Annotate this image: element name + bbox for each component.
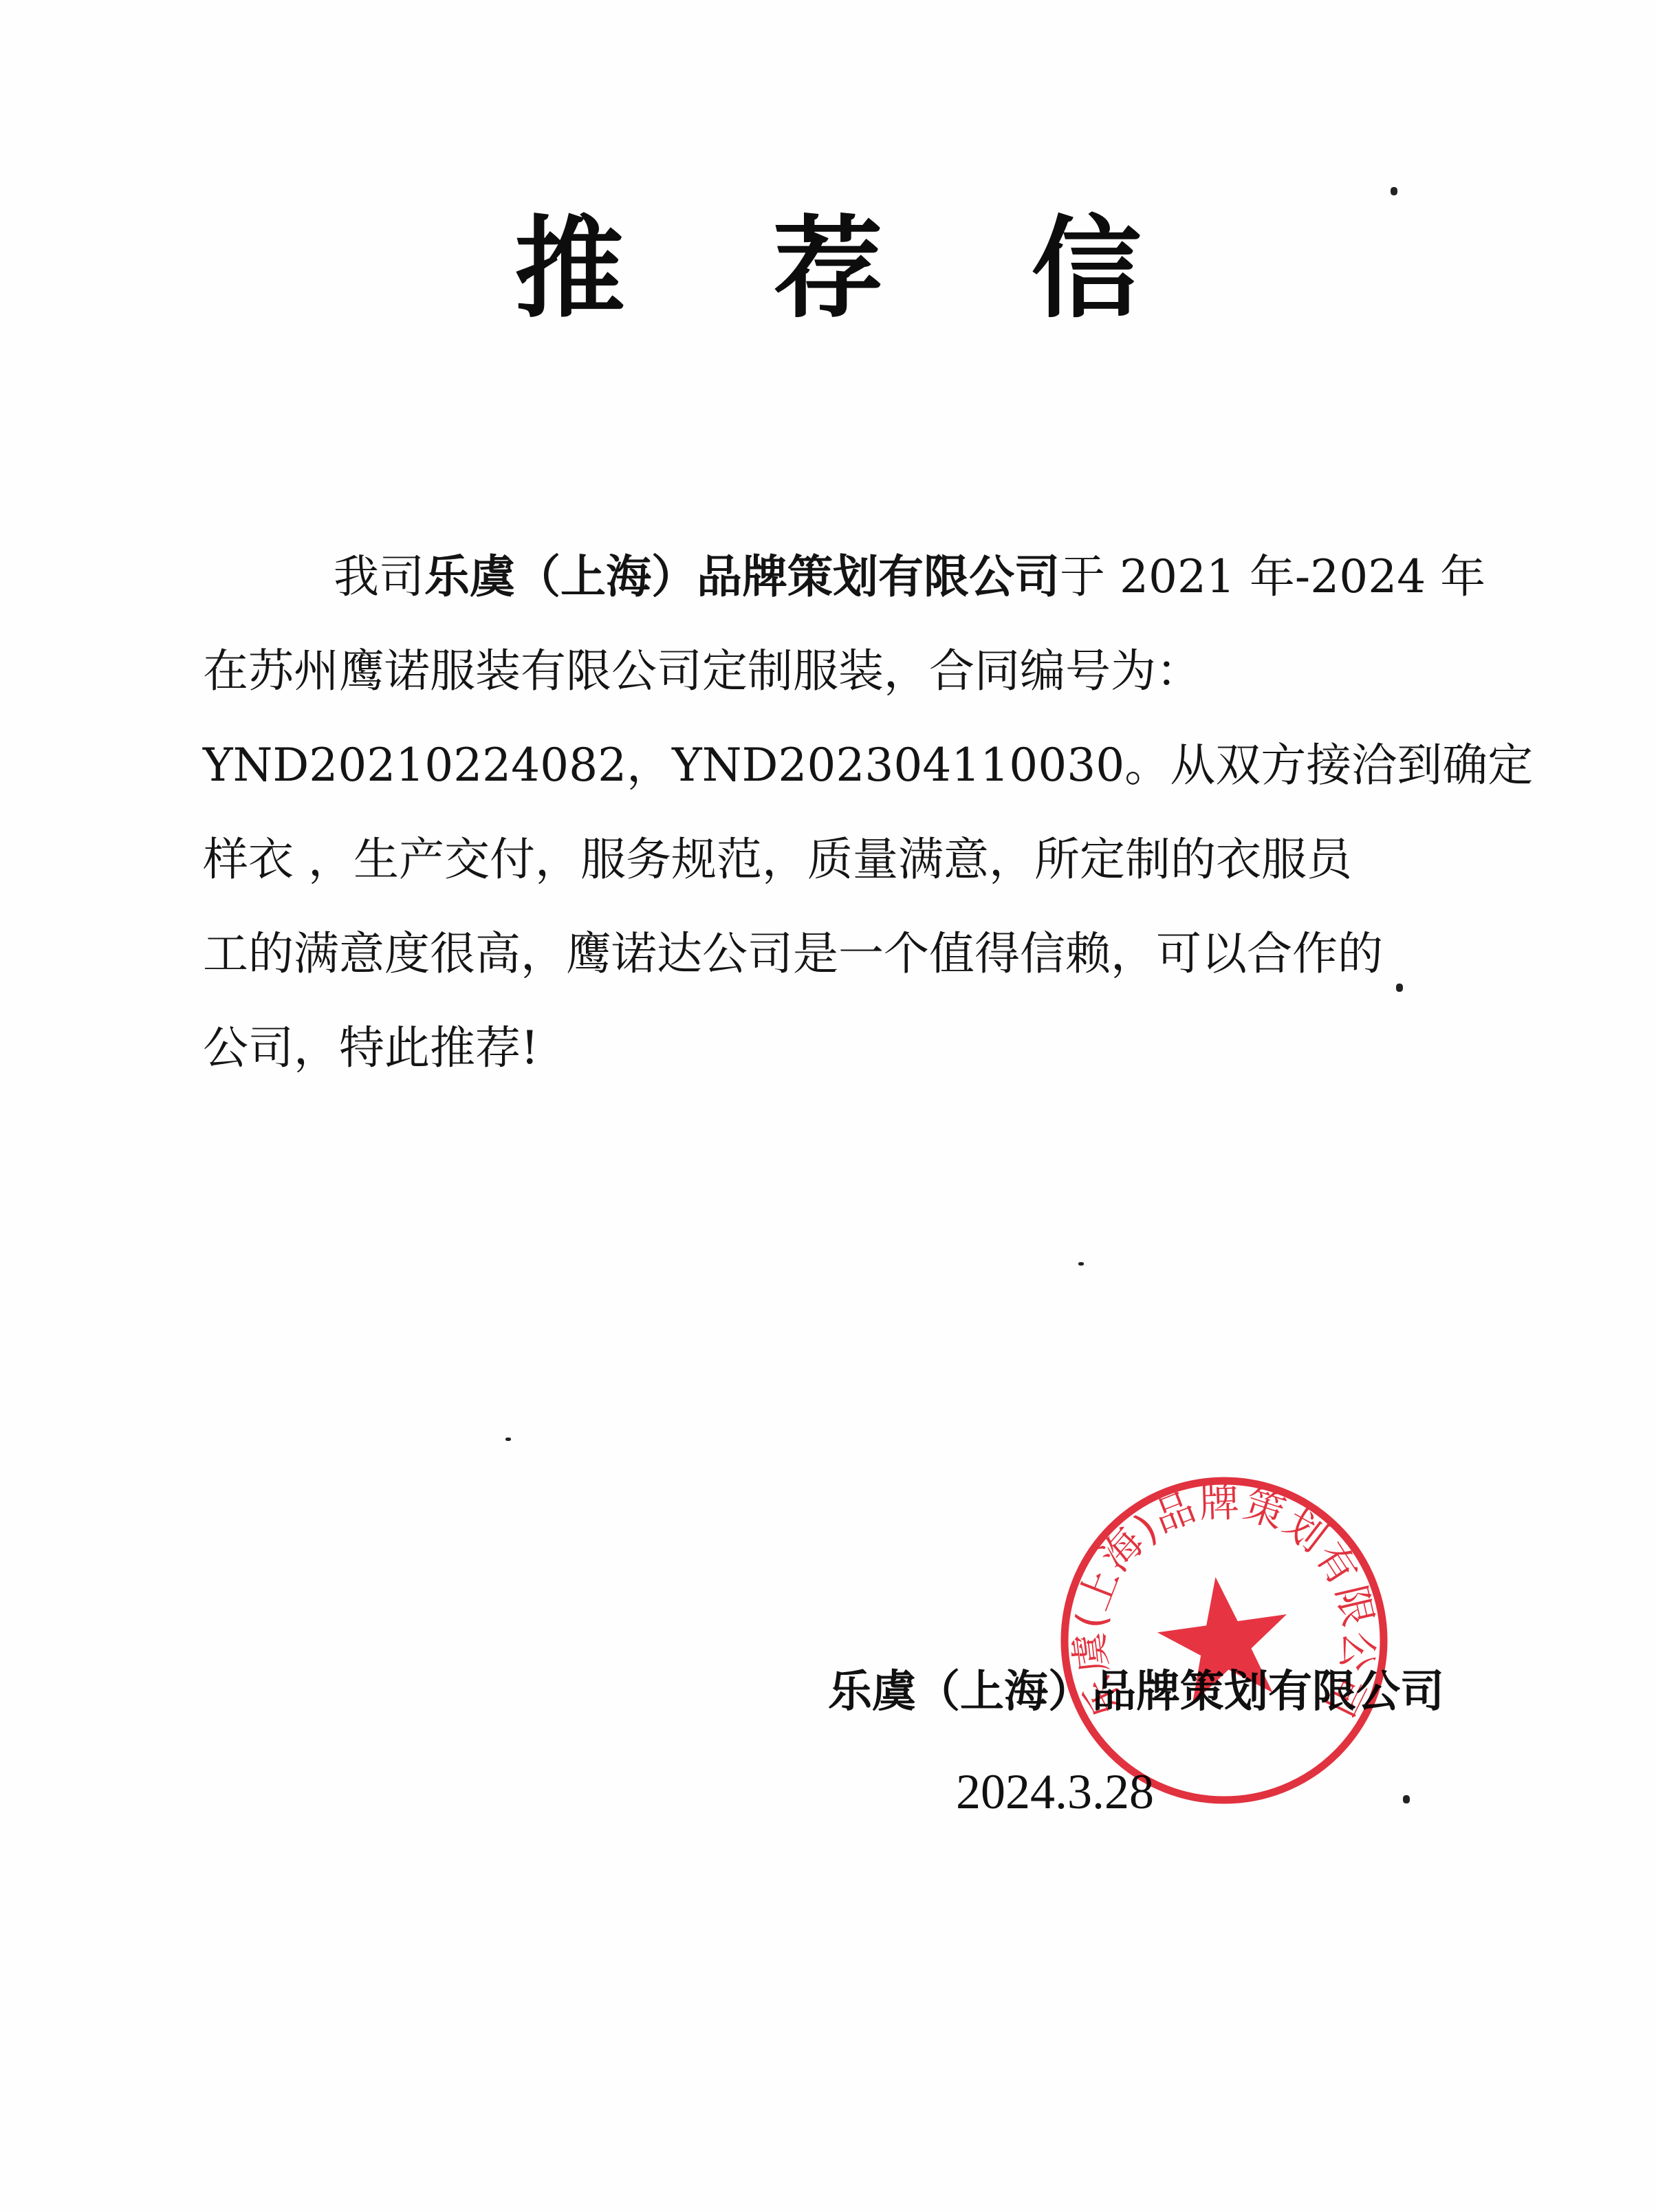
body-line-2: 在苏州鹰诺服装有限公司定制服装，合同编号为： xyxy=(203,624,1455,718)
body-line-6: 公司，特此推荐! xyxy=(203,1001,1455,1095)
body-line-4: 样衣 ，生产交付，服务规范，质量满意，所定制的衣服员 xyxy=(203,812,1455,907)
letter-page: 推 荐 信 我司乐虞（上海）品牌策划有限公司于 2021 年-2024 年 在苏… xyxy=(0,0,1656,2212)
scan-speck xyxy=(1403,1795,1410,1803)
scan-speck xyxy=(1078,1262,1084,1266)
body-line-1-prefix: 我司 xyxy=(334,550,424,603)
letter-title: 推 荐 信 xyxy=(0,199,1656,337)
body-line-1-suffix: 于 2021 年-2024 年 xyxy=(1060,550,1485,603)
body-line-5: 工的满意度很高，鹰诺达公司是一个值得信赖，可以合作的 xyxy=(203,907,1455,1001)
scan-speck xyxy=(1396,984,1403,992)
star-icon xyxy=(1151,1568,1297,1708)
recommender-company-name: 乐虞（上海）品牌策划有限公司 xyxy=(424,550,1060,603)
scan-speck xyxy=(1391,187,1397,195)
scan-speck xyxy=(505,1438,511,1441)
body-line-3: YND20210224082，YND202304110030。从双方接洽到确定 xyxy=(203,718,1455,812)
body-line-1: 我司乐虞（上海）品牌策划有限公司于 2021 年-2024 年 xyxy=(203,530,1455,624)
letter-body: 我司乐虞（上海）品牌策划有限公司于 2021 年-2024 年 在苏州鹰诺服装有… xyxy=(203,530,1455,1095)
company-seal-stamp: 乐虞(上海)品牌策划有限公司 xyxy=(1056,1472,1393,1809)
